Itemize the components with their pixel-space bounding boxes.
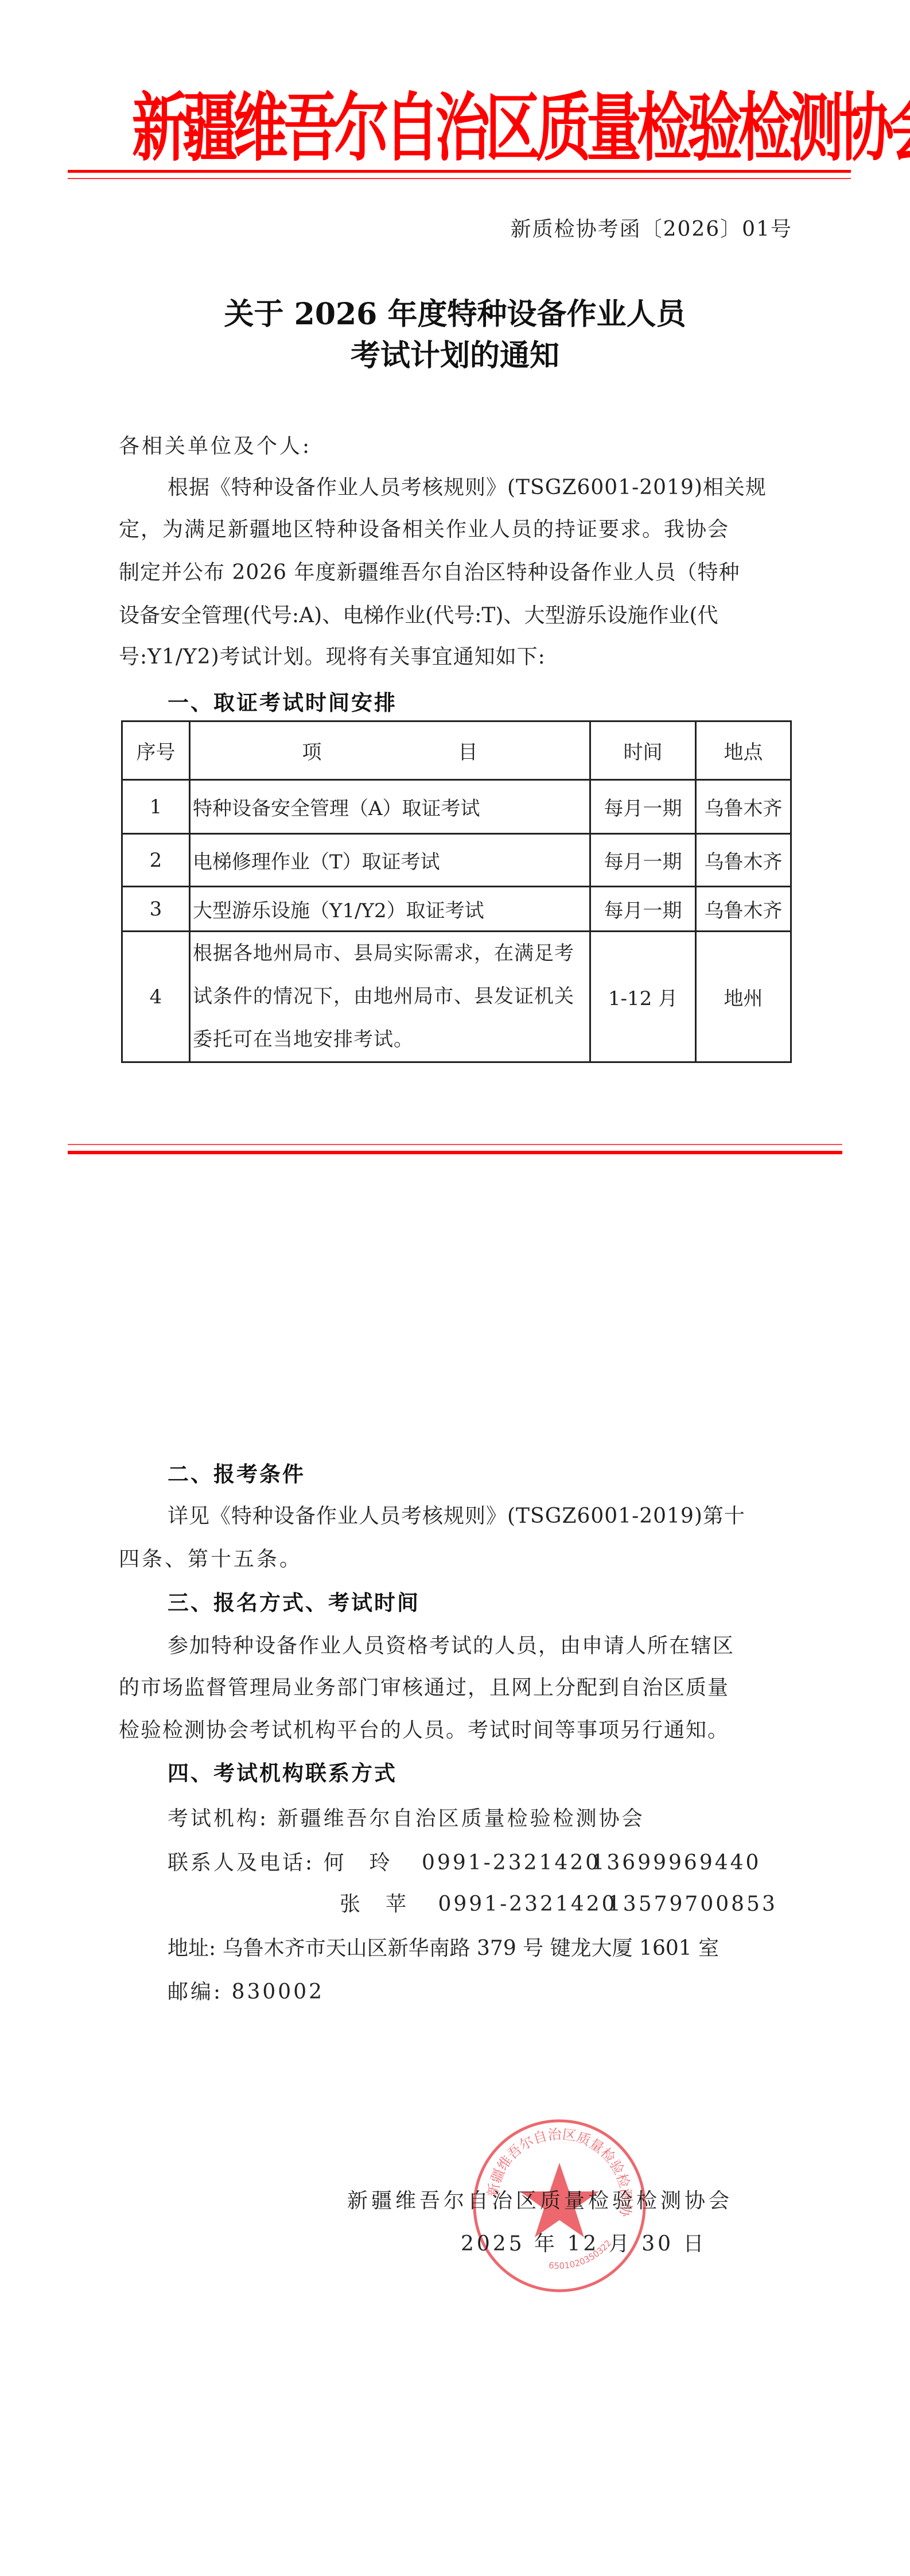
section-heading-2: 二、报考条件	[168, 1460, 794, 1489]
masthead-rule-thin	[68, 178, 851, 179]
signature-org: 新疆维吾尔自治区质量检验检测协会	[347, 2187, 733, 2216]
contact-phone: 0991-2321420	[422, 1849, 582, 1877]
cell-item: 特种设备安全管理（A）取证考试	[190, 780, 590, 834]
table-row: 3 大型游乐设施（Y1/Y2）取证考试 每月一期 乌鲁木齐	[122, 887, 791, 932]
cell-time: 1-12 月	[590, 932, 696, 1062]
page-footer-rule-thin	[68, 1144, 842, 1145]
cell-item-line: 试条件的情况下，由地州局市、县发证机关	[193, 975, 587, 1018]
contact-label: 联系人及电话:	[168, 1851, 314, 1875]
title-line-2: 考试计划的通知	[0, 335, 910, 377]
contact-name: 何 玲	[324, 1849, 410, 1877]
table-row: 2 电梯修理作业（T）取证考试 每月一期 乌鲁木齐	[122, 834, 791, 887]
intro-line: 设备安全管理(代号:A)、电梯作业(代号:T)、大型游乐设施作业(代	[119, 602, 794, 630]
intro-line: 制定并公布 2026 年度新疆维吾尔自治区特种设备作业人员（特种	[119, 558, 794, 587]
exam-schedule-table: 序号 项 目 时间 地点 1 特种设备安全管理（A）取证考试 每月一期 乌鲁木齐…	[121, 720, 792, 1063]
contact-name: 张 苹	[340, 1890, 426, 1919]
contact-mobile: 13699969440	[592, 1851, 761, 1875]
address: 地址: 乌鲁木齐市天山区新华南路 379 号 键龙大厦 1601 室	[168, 1934, 842, 1963]
signature-date: 2025 年 12 月 30 日	[461, 2230, 706, 2259]
intro-line: 定，为满足新疆地区特种设备相关作业人员的持证要求。我协会	[119, 515, 794, 544]
masthead-org-name: 新疆维吾尔自治区质量检验检测协会	[132, 72, 798, 184]
cell-item: 根据各地州局市、县局实际需求，在满足考 试条件的情况下，由地州局市、县发证机关 …	[190, 932, 590, 1062]
cell-item: 电梯修理作业（T）取证考试	[190, 834, 590, 887]
cell-item: 大型游乐设施（Y1/Y2）取证考试	[190, 887, 590, 932]
contact-row: 联系人及电话: 何 玲 0991-2321420 13699969440	[168, 1849, 842, 1877]
intro-line: 号:Y1/Y2)考试计划。现将有关事宜通知如下:	[119, 643, 794, 672]
document-number: 新质检协考函〔2026〕01号	[511, 214, 792, 246]
title-line-1: 关于 2026 年度特种设备作业人员	[0, 294, 910, 335]
cell-no: 2	[122, 834, 190, 887]
section2-line: 四条、第十五条。	[119, 1545, 794, 1574]
cell-item-line: 根据各地州局市、县局实际需求，在满足考	[193, 932, 587, 975]
page-footer-rule-thick	[68, 1151, 842, 1154]
intro-line: 根据《特种设备作业人员考核规则》(TSGZ6001-2019)相关规	[168, 474, 794, 502]
salutation: 各相关单位及个人:	[119, 432, 794, 461]
masthead-rule-thick	[68, 170, 851, 173]
cell-place: 乌鲁木齐	[696, 887, 791, 932]
section3-line: 检验检测协会考试机构平台的人员。考试时间等事项另行通知。	[119, 1716, 794, 1745]
header-time: 时间	[590, 721, 696, 780]
table-row: 4 根据各地州局市、县局实际需求，在满足考 试条件的情况下，由地州局市、县发证机…	[122, 932, 791, 1062]
table-row: 1 特种设备安全管理（A）取证考试 每月一期 乌鲁木齐	[122, 780, 791, 834]
postcode: 邮编: 830002	[168, 1978, 842, 2007]
cell-no: 4	[122, 932, 190, 1062]
header-place: 地点	[696, 721, 791, 780]
section3-line: 的市场监督管理局业务部门审核通过，且网上分配到自治区质量	[119, 1674, 794, 1702]
section3-line: 参加特种设备作业人员资格考试的人员，由申请人所在辖区	[168, 1632, 794, 1661]
institution-name: 新疆维吾尔自治区质量检验检测协会	[278, 1807, 645, 1830]
institution-row: 考试机构: 新疆维吾尔自治区质量检验检测协会	[168, 1805, 842, 1833]
section-heading-4: 四、考试机构联系方式	[168, 1759, 794, 1788]
contact-mobile: 13579700853	[608, 1892, 777, 1916]
contact-row: 张 苹 0991-2321420 13579700853	[340, 1890, 910, 1919]
cell-item-line: 委托可在当地安排考试。	[193, 1018, 587, 1061]
cell-time: 每月一期	[590, 887, 696, 932]
cell-no: 1	[122, 780, 190, 834]
cell-place: 乌鲁木齐	[696, 834, 791, 887]
cell-time: 每月一期	[590, 834, 696, 887]
cell-time: 每月一期	[590, 780, 696, 834]
cell-no: 3	[122, 887, 190, 932]
section2-line: 详见《特种设备作业人员考核规则》(TSGZ6001-2019)第十	[168, 1502, 794, 1531]
section-heading-3: 三、报名方式、考试时间	[168, 1589, 794, 1617]
institution-label: 考试机构:	[168, 1807, 269, 1830]
table-header-row: 序号 项 目 时间 地点	[122, 721, 791, 780]
cell-place: 地州	[696, 932, 791, 1062]
contact-phone: 0991-2321420	[438, 1890, 598, 1919]
header-item: 项 目	[190, 721, 590, 780]
cell-place: 乌鲁木齐	[696, 780, 791, 834]
section-heading-1: 一、取证考试时间安排	[168, 689, 794, 717]
header-no: 序号	[122, 721, 190, 780]
